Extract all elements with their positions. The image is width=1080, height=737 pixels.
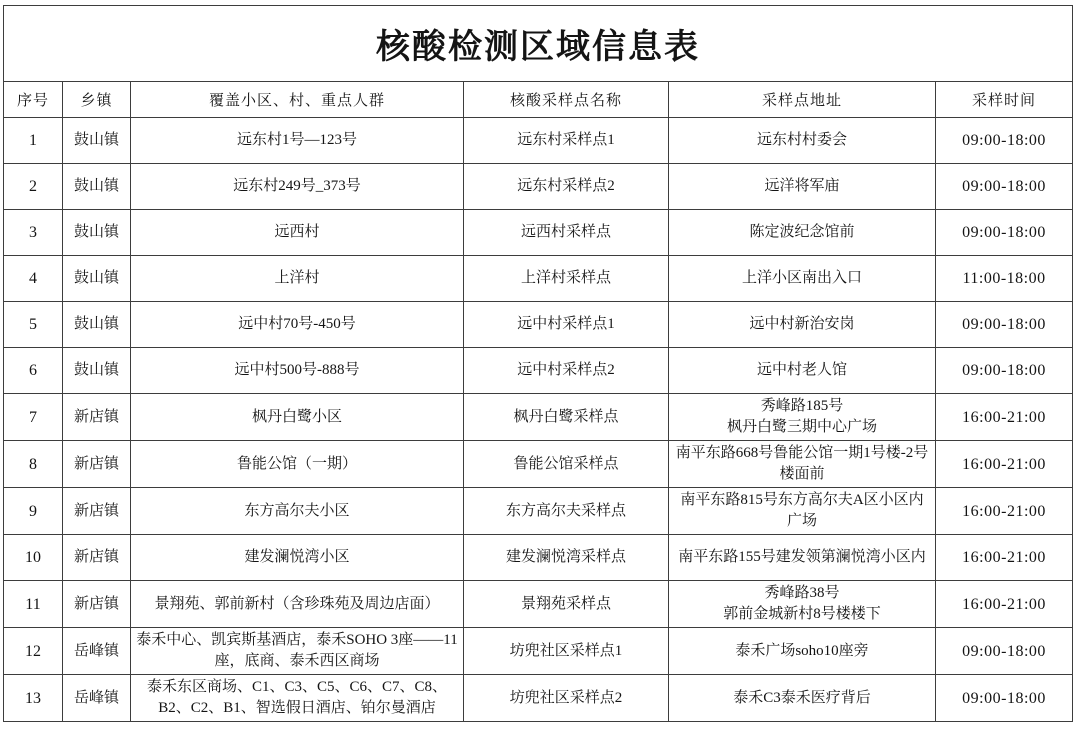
cell-sampling-time: 09:00-18:00 [936, 302, 1073, 348]
column-header-time: 采样时间 [936, 82, 1073, 118]
cell-sampling-site: 远西村采样点 [464, 210, 669, 256]
document-sheet: 核酸检测区域信息表 序号 乡镇 覆盖小区、村、重点人群 核酸采样点名称 采样点地… [3, 5, 1072, 722]
cell-sampling-site: 远中村采样点1 [464, 302, 669, 348]
table-row: 4 鼓山镇 上洋村 上洋村采样点 上洋小区南出入口 11:00-18:00 [4, 256, 1073, 302]
cell-sampling-time: 16:00-21:00 [936, 441, 1073, 488]
column-header-address: 采样点地址 [669, 82, 936, 118]
cell-township: 鼓山镇 [63, 348, 131, 394]
cell-site-address: 陈定波纪念馆前 [669, 210, 936, 256]
cell-sampling-site: 远中村采样点2 [464, 348, 669, 394]
cell-township: 鼓山镇 [63, 164, 131, 210]
table-row: 2 鼓山镇 远东村249号_373号 远东村采样点2 远洋将军庙 09:00-1… [4, 164, 1073, 210]
table-row: 11 新店镇 景翔苑、郭前新村（含珍珠苑及周边店面） 景翔苑采样点 秀峰路38号… [4, 581, 1073, 628]
cell-covered-area: 枫丹白鹭小区 [131, 394, 464, 441]
cell-site-address: 秀峰路38号 郭前金城新村8号楼楼下 [669, 581, 936, 628]
cell-sampling-time: 11:00-18:00 [936, 256, 1073, 302]
cell-sampling-time: 09:00-18:00 [936, 628, 1073, 675]
column-header-no: 序号 [4, 82, 63, 118]
cell-covered-area: 上洋村 [131, 256, 464, 302]
cell-sampling-site: 远东村采样点2 [464, 164, 669, 210]
column-header-row: 序号 乡镇 覆盖小区、村、重点人群 核酸采样点名称 采样点地址 采样时间 [4, 82, 1073, 118]
cell-township: 鼓山镇 [63, 118, 131, 164]
table-row: 6 鼓山镇 远中村500号-888号 远中村采样点2 远中村老人馆 09:00-… [4, 348, 1073, 394]
cell-serial-number: 6 [4, 348, 63, 394]
table-row: 9 新店镇 东方高尔夫小区 东方高尔夫采样点 南平东路815号东方高尔夫A区小区… [4, 488, 1073, 535]
cell-sampling-time: 09:00-18:00 [936, 675, 1073, 722]
cell-serial-number: 3 [4, 210, 63, 256]
cell-township: 新店镇 [63, 581, 131, 628]
cell-covered-area: 泰禾东区商场、C1、C3、C5、C6、C7、C8、B2、C2、B1、智选假日酒店… [131, 675, 464, 722]
cell-covered-area: 东方高尔夫小区 [131, 488, 464, 535]
cell-sampling-time: 16:00-21:00 [936, 488, 1073, 535]
cell-covered-area: 远东村249号_373号 [131, 164, 464, 210]
table-row: 7 新店镇 枫丹白鹭小区 枫丹白鹭采样点 秀峰路185号 枫丹白鹭三期中心广场 … [4, 394, 1073, 441]
cell-sampling-site: 远东村采样点1 [464, 118, 669, 164]
column-header-site: 核酸采样点名称 [464, 82, 669, 118]
table-row: 1 鼓山镇 远东村1号—123号 远东村采样点1 远东村村委会 09:00-18… [4, 118, 1073, 164]
cell-sampling-site: 坊兜社区采样点2 [464, 675, 669, 722]
cell-sampling-time: 09:00-18:00 [936, 118, 1073, 164]
cell-township: 鼓山镇 [63, 302, 131, 348]
cell-township: 新店镇 [63, 394, 131, 441]
table-row: 3 鼓山镇 远西村 远西村采样点 陈定波纪念馆前 09:00-18:00 [4, 210, 1073, 256]
cell-site-address: 南平东路815号东方高尔夫A区小区内广场 [669, 488, 936, 535]
cell-site-address: 南平东路155号建发领第澜悦湾小区内 [669, 535, 936, 581]
cell-covered-area: 鲁能公馆（一期） [131, 441, 464, 488]
cell-township: 新店镇 [63, 535, 131, 581]
cell-township: 岳峰镇 [63, 628, 131, 675]
cell-sampling-time: 16:00-21:00 [936, 581, 1073, 628]
cell-township: 鼓山镇 [63, 210, 131, 256]
cell-serial-number: 11 [4, 581, 63, 628]
cell-site-address: 南平东路668号鲁能公馆一期1号楼-2号楼面前 [669, 441, 936, 488]
cell-serial-number: 12 [4, 628, 63, 675]
title-row: 核酸检测区域信息表 [4, 6, 1073, 82]
cell-covered-area: 远西村 [131, 210, 464, 256]
cell-sampling-time: 09:00-18:00 [936, 210, 1073, 256]
cell-serial-number: 10 [4, 535, 63, 581]
cell-covered-area: 景翔苑、郭前新村（含珍珠苑及周边店面） [131, 581, 464, 628]
cell-serial-number: 4 [4, 256, 63, 302]
page-title: 核酸检测区域信息表 [4, 6, 1073, 82]
cell-sampling-site: 坊兜社区采样点1 [464, 628, 669, 675]
cell-serial-number: 5 [4, 302, 63, 348]
table-body: 1 鼓山镇 远东村1号—123号 远东村采样点1 远东村村委会 09:00-18… [4, 118, 1073, 722]
cell-covered-area: 远中村70号-450号 [131, 302, 464, 348]
cell-sampling-site: 建发澜悦湾采样点 [464, 535, 669, 581]
cell-site-address: 远中村新治安岗 [669, 302, 936, 348]
cell-serial-number: 2 [4, 164, 63, 210]
table-row: 12 岳峰镇 泰禾中心、凯宾斯基酒店，泰禾SOHO 3座——11座，底商、泰禾西… [4, 628, 1073, 675]
cell-covered-area: 泰禾中心、凯宾斯基酒店，泰禾SOHO 3座——11座，底商、泰禾西区商场 [131, 628, 464, 675]
cell-serial-number: 13 [4, 675, 63, 722]
cell-serial-number: 9 [4, 488, 63, 535]
cell-site-address: 远中村老人馆 [669, 348, 936, 394]
cell-sampling-site: 鲁能公馆采样点 [464, 441, 669, 488]
cell-serial-number: 7 [4, 394, 63, 441]
cell-site-address: 秀峰路185号 枫丹白鹭三期中心广场 [669, 394, 936, 441]
cell-sampling-site: 枫丹白鹭采样点 [464, 394, 669, 441]
column-header-town: 乡镇 [63, 82, 131, 118]
cell-covered-area: 远中村500号-888号 [131, 348, 464, 394]
cell-covered-area: 远东村1号—123号 [131, 118, 464, 164]
cell-sampling-time: 09:00-18:00 [936, 164, 1073, 210]
cell-township: 新店镇 [63, 488, 131, 535]
table-row: 10 新店镇 建发澜悦湾小区 建发澜悦湾采样点 南平东路155号建发领第澜悦湾小… [4, 535, 1073, 581]
cell-township: 鼓山镇 [63, 256, 131, 302]
cell-site-address: 泰禾C3泰禾医疗背后 [669, 675, 936, 722]
cell-covered-area: 建发澜悦湾小区 [131, 535, 464, 581]
cell-sampling-site: 景翔苑采样点 [464, 581, 669, 628]
cell-sampling-time: 09:00-18:00 [936, 348, 1073, 394]
table-row: 13 岳峰镇 泰禾东区商场、C1、C3、C5、C6、C7、C8、B2、C2、B1… [4, 675, 1073, 722]
table-row: 5 鼓山镇 远中村70号-450号 远中村采样点1 远中村新治安岗 09:00-… [4, 302, 1073, 348]
cell-site-address: 泰禾广场soho10座旁 [669, 628, 936, 675]
info-table: 核酸检测区域信息表 序号 乡镇 覆盖小区、村、重点人群 核酸采样点名称 采样点地… [3, 5, 1073, 722]
column-header-area: 覆盖小区、村、重点人群 [131, 82, 464, 118]
cell-site-address: 上洋小区南出入口 [669, 256, 936, 302]
cell-sampling-time: 16:00-21:00 [936, 535, 1073, 581]
cell-sampling-time: 16:00-21:00 [936, 394, 1073, 441]
table-row: 8 新店镇 鲁能公馆（一期） 鲁能公馆采样点 南平东路668号鲁能公馆一期1号楼… [4, 441, 1073, 488]
cell-township: 新店镇 [63, 441, 131, 488]
cell-township: 岳峰镇 [63, 675, 131, 722]
cell-sampling-site: 东方高尔夫采样点 [464, 488, 669, 535]
cell-site-address: 远东村村委会 [669, 118, 936, 164]
cell-serial-number: 1 [4, 118, 63, 164]
cell-serial-number: 8 [4, 441, 63, 488]
cell-site-address: 远洋将军庙 [669, 164, 936, 210]
cell-sampling-site: 上洋村采样点 [464, 256, 669, 302]
